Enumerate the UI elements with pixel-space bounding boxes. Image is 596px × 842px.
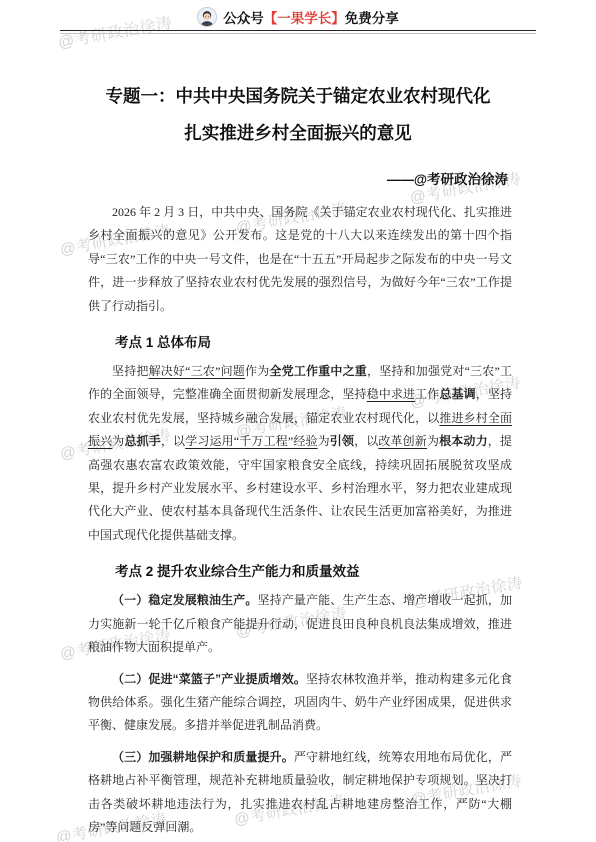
page-header: 公众号【一果学长】免费分享 (0, 0, 596, 28)
header-brand: 【一果学长】 (264, 11, 345, 26)
wechat-avatar-icon (197, 7, 217, 27)
body-paragraph: 坚持把解决好“三农”问题作为全党工作重中之重，坚持和加强党对“三农”工作的全面领… (88, 360, 512, 547)
text-run: 工作 (415, 387, 439, 401)
emphasis-bold: （二）促进“菜篮子”产业提质增效。 (112, 672, 306, 686)
emphasis-underline: 稳中求进 (367, 387, 415, 401)
text-run: 2026 年 2 月 3 日，中共中央、国务院《关于锚定农业农村现代化、扎实推进… (88, 205, 512, 313)
attribution: ——@考研政治徐涛 (88, 168, 508, 188)
emphasis-underline: 解决好“三农”问题 (149, 364, 245, 378)
doc-title-line1: 专题一：中共中央国务院关于锚定农业农村现代化 (106, 86, 491, 106)
text-run: 为 (112, 434, 124, 448)
header-prefix: 公众号 (223, 11, 264, 26)
emphasis-bold: （一）稳定发展粮油生产。 (112, 593, 258, 607)
text-run: ，提高强农惠农富农政策效能，守牢国家粮食安全底线，持续巩固拓展脱贫攻坚成果，提升… (88, 434, 512, 542)
document-page: @考研政治徐涛@考研政治徐涛@考研政治徐涛@考研政治徐涛@考研政治徐涛@考研政治… (0, 0, 596, 842)
emphasis-underline: 改革创新 (378, 434, 427, 448)
emphasis-bold: 全党工作重中之重 (269, 364, 367, 378)
text-run: 为 (318, 434, 330, 448)
doc-title-line2: 扎实推进乡村全面振兴的意见 (184, 123, 412, 143)
text-run: ，以 (354, 434, 378, 448)
body-paragraph: （三）加强耕地保护和质量提升。严守耕地红线，统筹农用地布局优化，严格耕地占补平衡… (88, 746, 512, 840)
emphasis-bold: （三）加强耕地保护和质量提升。 (112, 750, 294, 764)
body-paragraph: （二）促进“菜篮子”产业提质增效。坚持农林牧渔并举，推动构建多元化食物供给体系。… (88, 668, 512, 738)
doc-body: 2026 年 2 月 3 日，中共中央、国务院《关于锚定农业农村现代化、扎实推进… (88, 201, 512, 839)
header-suffix: 免费分享 (345, 11, 399, 26)
text-run: 坚持把 (112, 364, 149, 378)
emphasis-underline: 学习运用“千万工程”经验 (185, 434, 317, 448)
body-paragraph: （一）稳定发展粮油生产。坚持产量产能、生产生态、增产增收一起抓，加力实施新一轮千… (88, 589, 512, 659)
text-run: ，以 (161, 434, 185, 448)
text-run: 作为 (245, 364, 269, 378)
section-heading: 考点 1 总体布局 (88, 331, 512, 351)
emphasis-bold: 引领 (330, 434, 354, 448)
emphasis-bold: 总基调 (439, 387, 475, 401)
doc-title: 专题一：中共中央国务院关于锚定农业农村现代化 扎实推进乡村全面振兴的意见 (60, 78, 536, 152)
section-heading: 考点 2 提升农业综合生产能力和质量效益 (88, 560, 512, 580)
text-run: 为 (427, 434, 439, 448)
body-paragraph: 2026 年 2 月 3 日，中共中央、国务院《关于锚定农业农村现代化、扎实推进… (88, 201, 512, 318)
header-divider (60, 30, 536, 34)
header-text: 公众号【一果学长】免费分享 (223, 7, 399, 27)
emphasis-bold: 根本动力 (439, 434, 488, 448)
emphasis-bold: 总抓手 (124, 434, 160, 448)
